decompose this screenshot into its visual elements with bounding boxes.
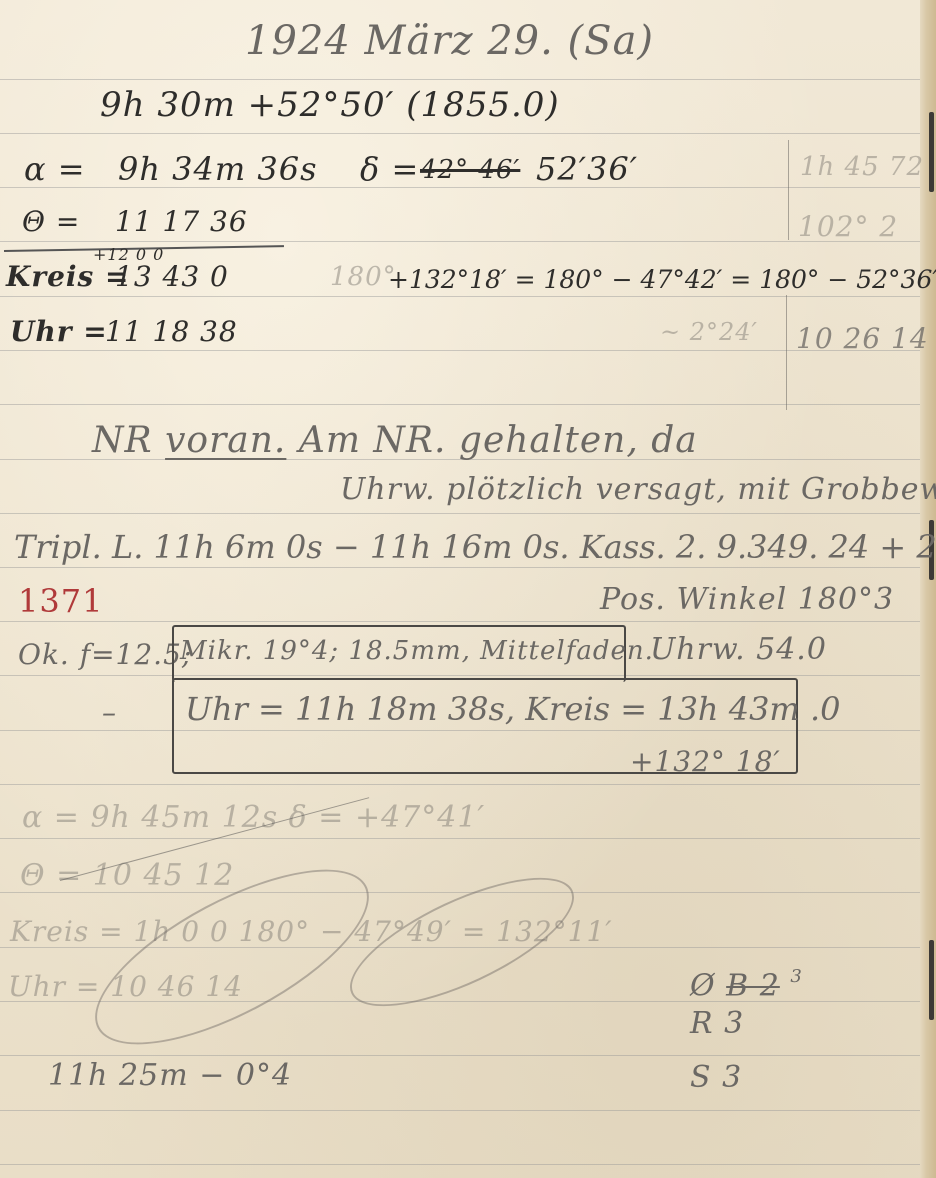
dash-mark: – bbox=[102, 696, 117, 729]
ruled-line bbox=[0, 784, 920, 785]
catalog-number: 1371 bbox=[18, 582, 103, 620]
margin-note: 10 26 14 bbox=[796, 322, 929, 355]
circle-equation: +132°18′ = 180° − 47°42′ = 180° − 52°36′… bbox=[388, 265, 936, 294]
ruled-line bbox=[0, 350, 920, 351]
ruled-line bbox=[0, 133, 920, 134]
ruled-line bbox=[0, 838, 920, 839]
kreis-value: 13 43 0 bbox=[115, 260, 229, 293]
ruled-line bbox=[0, 296, 920, 297]
faint-180: 180° bbox=[330, 262, 397, 292]
alpha-label: α = bbox=[24, 150, 86, 188]
clock-circle-reading: Uhr = 11h 18m 38s, Kreis = 13h 43m .0 bbox=[185, 690, 840, 728]
clock-rate: Uhrw. 54.0 bbox=[650, 632, 827, 667]
theta-label: Θ = bbox=[22, 205, 80, 238]
delta-value: 52′36′ bbox=[536, 150, 638, 188]
binding-thread bbox=[929, 112, 934, 192]
uhr-value: 11 18 38 bbox=[105, 315, 238, 348]
rating-row: R 3 bbox=[690, 1006, 744, 1041]
delta-struck-value: 42° 46′ bbox=[420, 155, 520, 185]
rating-symbol: R bbox=[690, 1006, 714, 1041]
uhr-label: Uhr = bbox=[10, 315, 108, 348]
rating-value: 3 bbox=[724, 1006, 744, 1041]
margin-note: ~ 2°24′ bbox=[660, 318, 758, 346]
ruled-line bbox=[0, 79, 920, 80]
faint-theta: Θ = 10 45 12 bbox=[20, 858, 234, 893]
margin-divider bbox=[786, 295, 787, 410]
rating-row: Ø B 2 3 bbox=[690, 966, 803, 1004]
note-prefix: NR bbox=[92, 420, 153, 461]
position-angle: Pos. Winkel 180°3 bbox=[600, 582, 894, 617]
note-rest: Am NR. gehalten, da bbox=[299, 420, 698, 461]
ruled-line bbox=[0, 1055, 920, 1056]
binding-thread bbox=[929, 940, 934, 1020]
theta-value: 11 17 36 bbox=[115, 205, 248, 238]
time-note: 11h 25m − 0°4 bbox=[48, 1058, 292, 1093]
page-date: 1924 März 29. (Sa) bbox=[245, 18, 654, 64]
alpha-value: 9h 34m 36s bbox=[118, 150, 318, 188]
rating-value: 3 bbox=[790, 966, 802, 987]
okular: Ok. f=12.5; bbox=[18, 638, 192, 671]
rating-struck: B 2 bbox=[726, 969, 780, 1004]
margin-note: 1h 45 72 bbox=[800, 152, 924, 182]
ruled-line bbox=[0, 404, 920, 405]
rating-value: 3 bbox=[722, 1060, 742, 1095]
observation-line: Tripl. L. 11h 6m 0s − 11h 16m 0s. Kass. … bbox=[14, 528, 936, 566]
notebook-page: 1924 März 29. (Sa) 9h 30m +52°50′ (1855.… bbox=[0, 0, 936, 1178]
rating-row: S 3 bbox=[690, 1060, 742, 1095]
ruled-line bbox=[0, 1110, 920, 1111]
rating-symbol: Ø bbox=[690, 969, 716, 1004]
margin-divider bbox=[788, 140, 789, 240]
delta-label: δ = bbox=[360, 150, 419, 188]
note-underlined: voran. bbox=[165, 420, 286, 461]
faint-alpha: α = 9h 45m 12s δ = +47°41′ bbox=[22, 800, 485, 835]
kreis-label: Kreis = bbox=[6, 260, 130, 293]
ruled-line bbox=[0, 513, 920, 514]
ruled-line bbox=[0, 1164, 920, 1165]
margin-note: 102° 2 bbox=[798, 210, 898, 243]
rating-symbol: S bbox=[690, 1060, 712, 1095]
ruled-line bbox=[0, 241, 920, 242]
target-position: 9h 30m +52°50′ (1855.0) bbox=[100, 85, 560, 125]
note-line2: Uhrw. plötzlich versagt, mit Grobbeweg. bbox=[340, 472, 936, 507]
note-line1: NR voran. Am NR. gehalten, da bbox=[92, 420, 698, 461]
ruled-line bbox=[0, 567, 920, 568]
circle-reading: +132° 18′ bbox=[630, 745, 781, 778]
ruled-line bbox=[0, 621, 920, 622]
micrometer-reading: Mikr. 19°4; 18.5mm, Mittelfaden. bbox=[180, 636, 654, 666]
